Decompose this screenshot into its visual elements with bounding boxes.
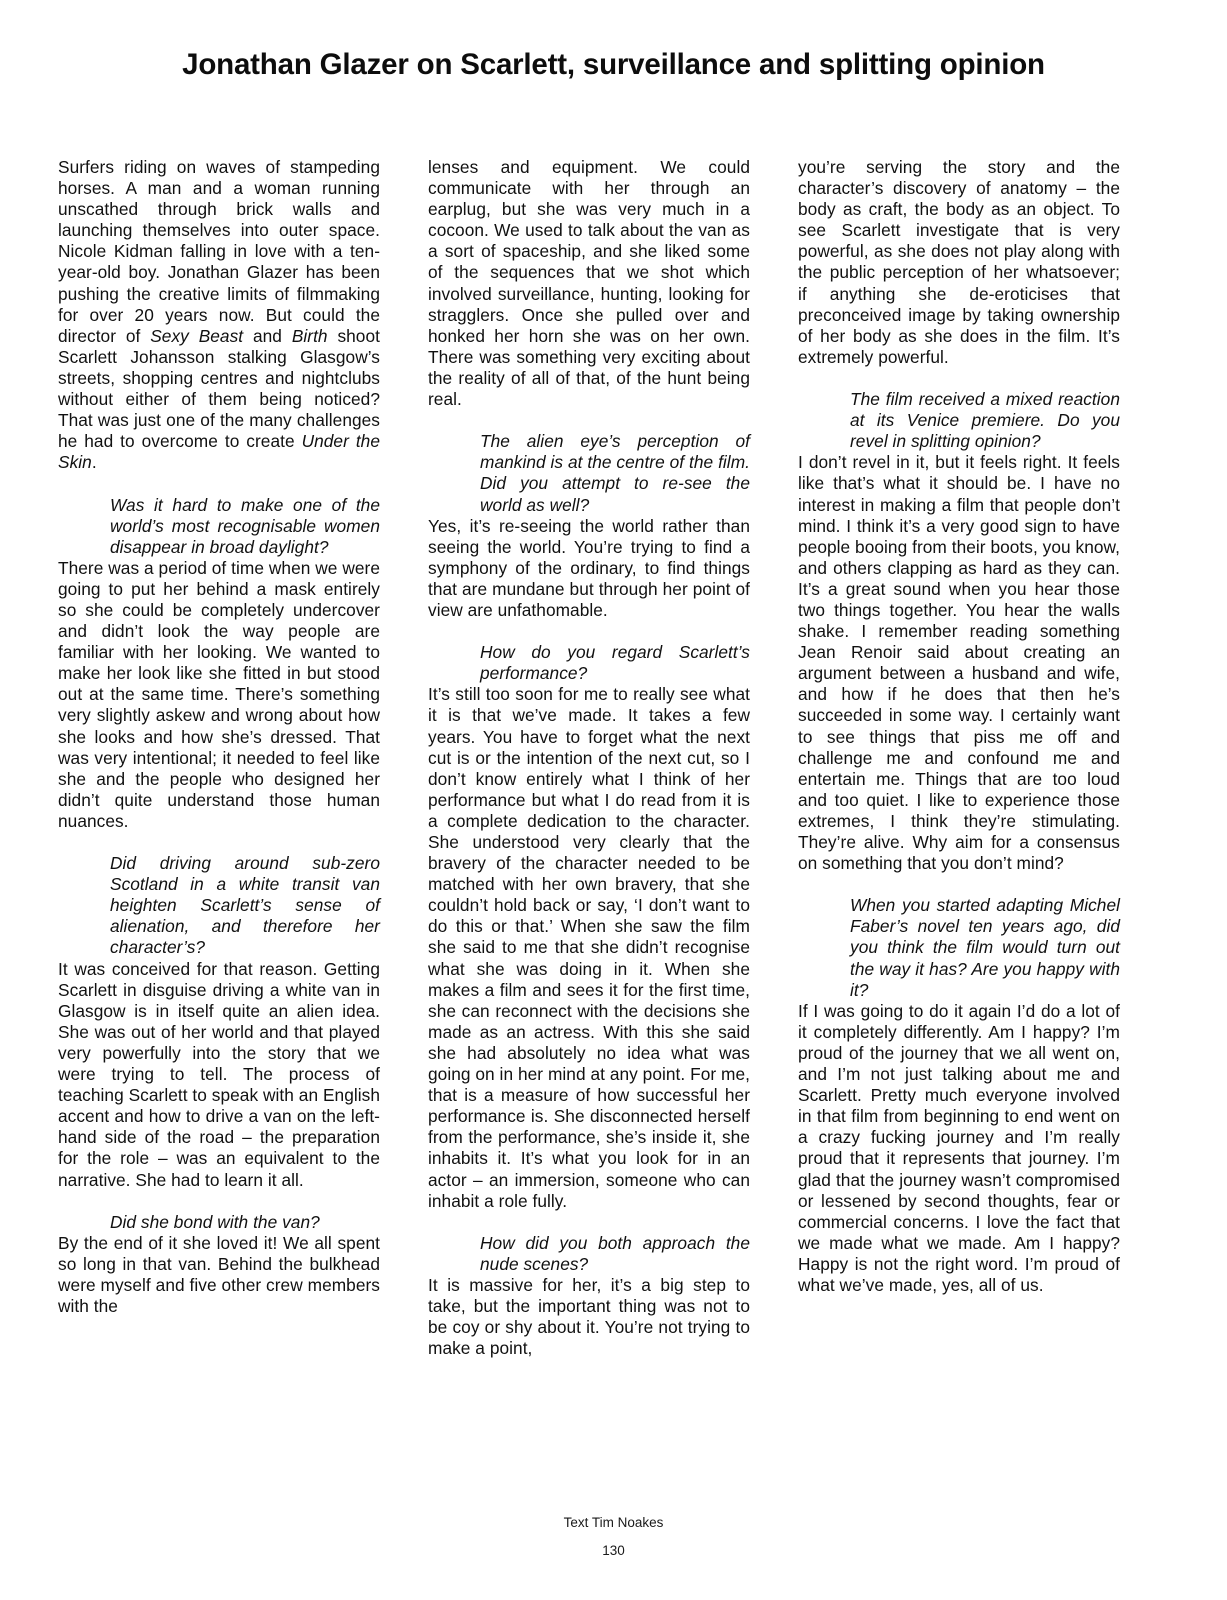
interview-question: The film received a mixed reaction at it… — [850, 389, 1120, 452]
author-credit: Text Tim Noakes — [0, 1515, 1227, 1530]
interview-question: When you started adapting Michel Faber’s… — [850, 895, 1120, 1000]
interview-question: The alien eye’s perception of mankind is… — [480, 431, 750, 515]
text-column-3: you’re serving the story and the charact… — [798, 157, 1120, 1296]
interview-answer: Yes, it’s re-seeing the world rather tha… — [428, 516, 750, 621]
text-column-1: Surfers riding on waves of stampeding ho… — [58, 157, 380, 1317]
film-title: Sexy Beast — [150, 326, 243, 346]
intro-text: Surfers riding on waves of stampeding ho… — [58, 157, 380, 346]
article-title: Jonathan Glazer on Scarlett, surveillanc… — [0, 48, 1227, 82]
intro-text: . — [92, 452, 97, 472]
interview-answer-continued: you’re serving the story and the charact… — [798, 157, 1120, 368]
interview-question: Did driving around sub-zero Scotland in … — [110, 853, 380, 958]
page-number: 130 — [0, 1543, 1227, 1558]
interview-answer: There was a period of time when we were … — [58, 558, 380, 832]
interview-question: How did you both approach the nude scene… — [480, 1233, 750, 1275]
interview-question: Was it hard to make one of the world’s m… — [110, 495, 380, 558]
interview-answer-continued: lenses and equipment. We could communica… — [428, 157, 750, 410]
intro-paragraph: Surfers riding on waves of stampeding ho… — [58, 157, 380, 473]
interview-answer: It is massive for her, it’s a big step t… — [428, 1275, 750, 1359]
intro-text: and — [243, 326, 292, 346]
interview-answer: By the end of it she loved it! We all sp… — [58, 1233, 380, 1317]
interview-answer: I don’t revel in it, but it feels right.… — [798, 452, 1120, 874]
interview-answer: If I was going to do it again I’d do a l… — [798, 1001, 1120, 1296]
interview-question: Did she bond with the van? — [110, 1212, 380, 1233]
interview-question: How do you regard Scarlett’s performance… — [480, 642, 750, 684]
film-title: Birth — [292, 326, 328, 346]
interview-answer: It’s still too soon for me to really see… — [428, 684, 750, 1211]
interview-answer: It was conceived for that reason. Gettin… — [58, 959, 380, 1191]
text-column-2: lenses and equipment. We could communica… — [428, 157, 750, 1359]
